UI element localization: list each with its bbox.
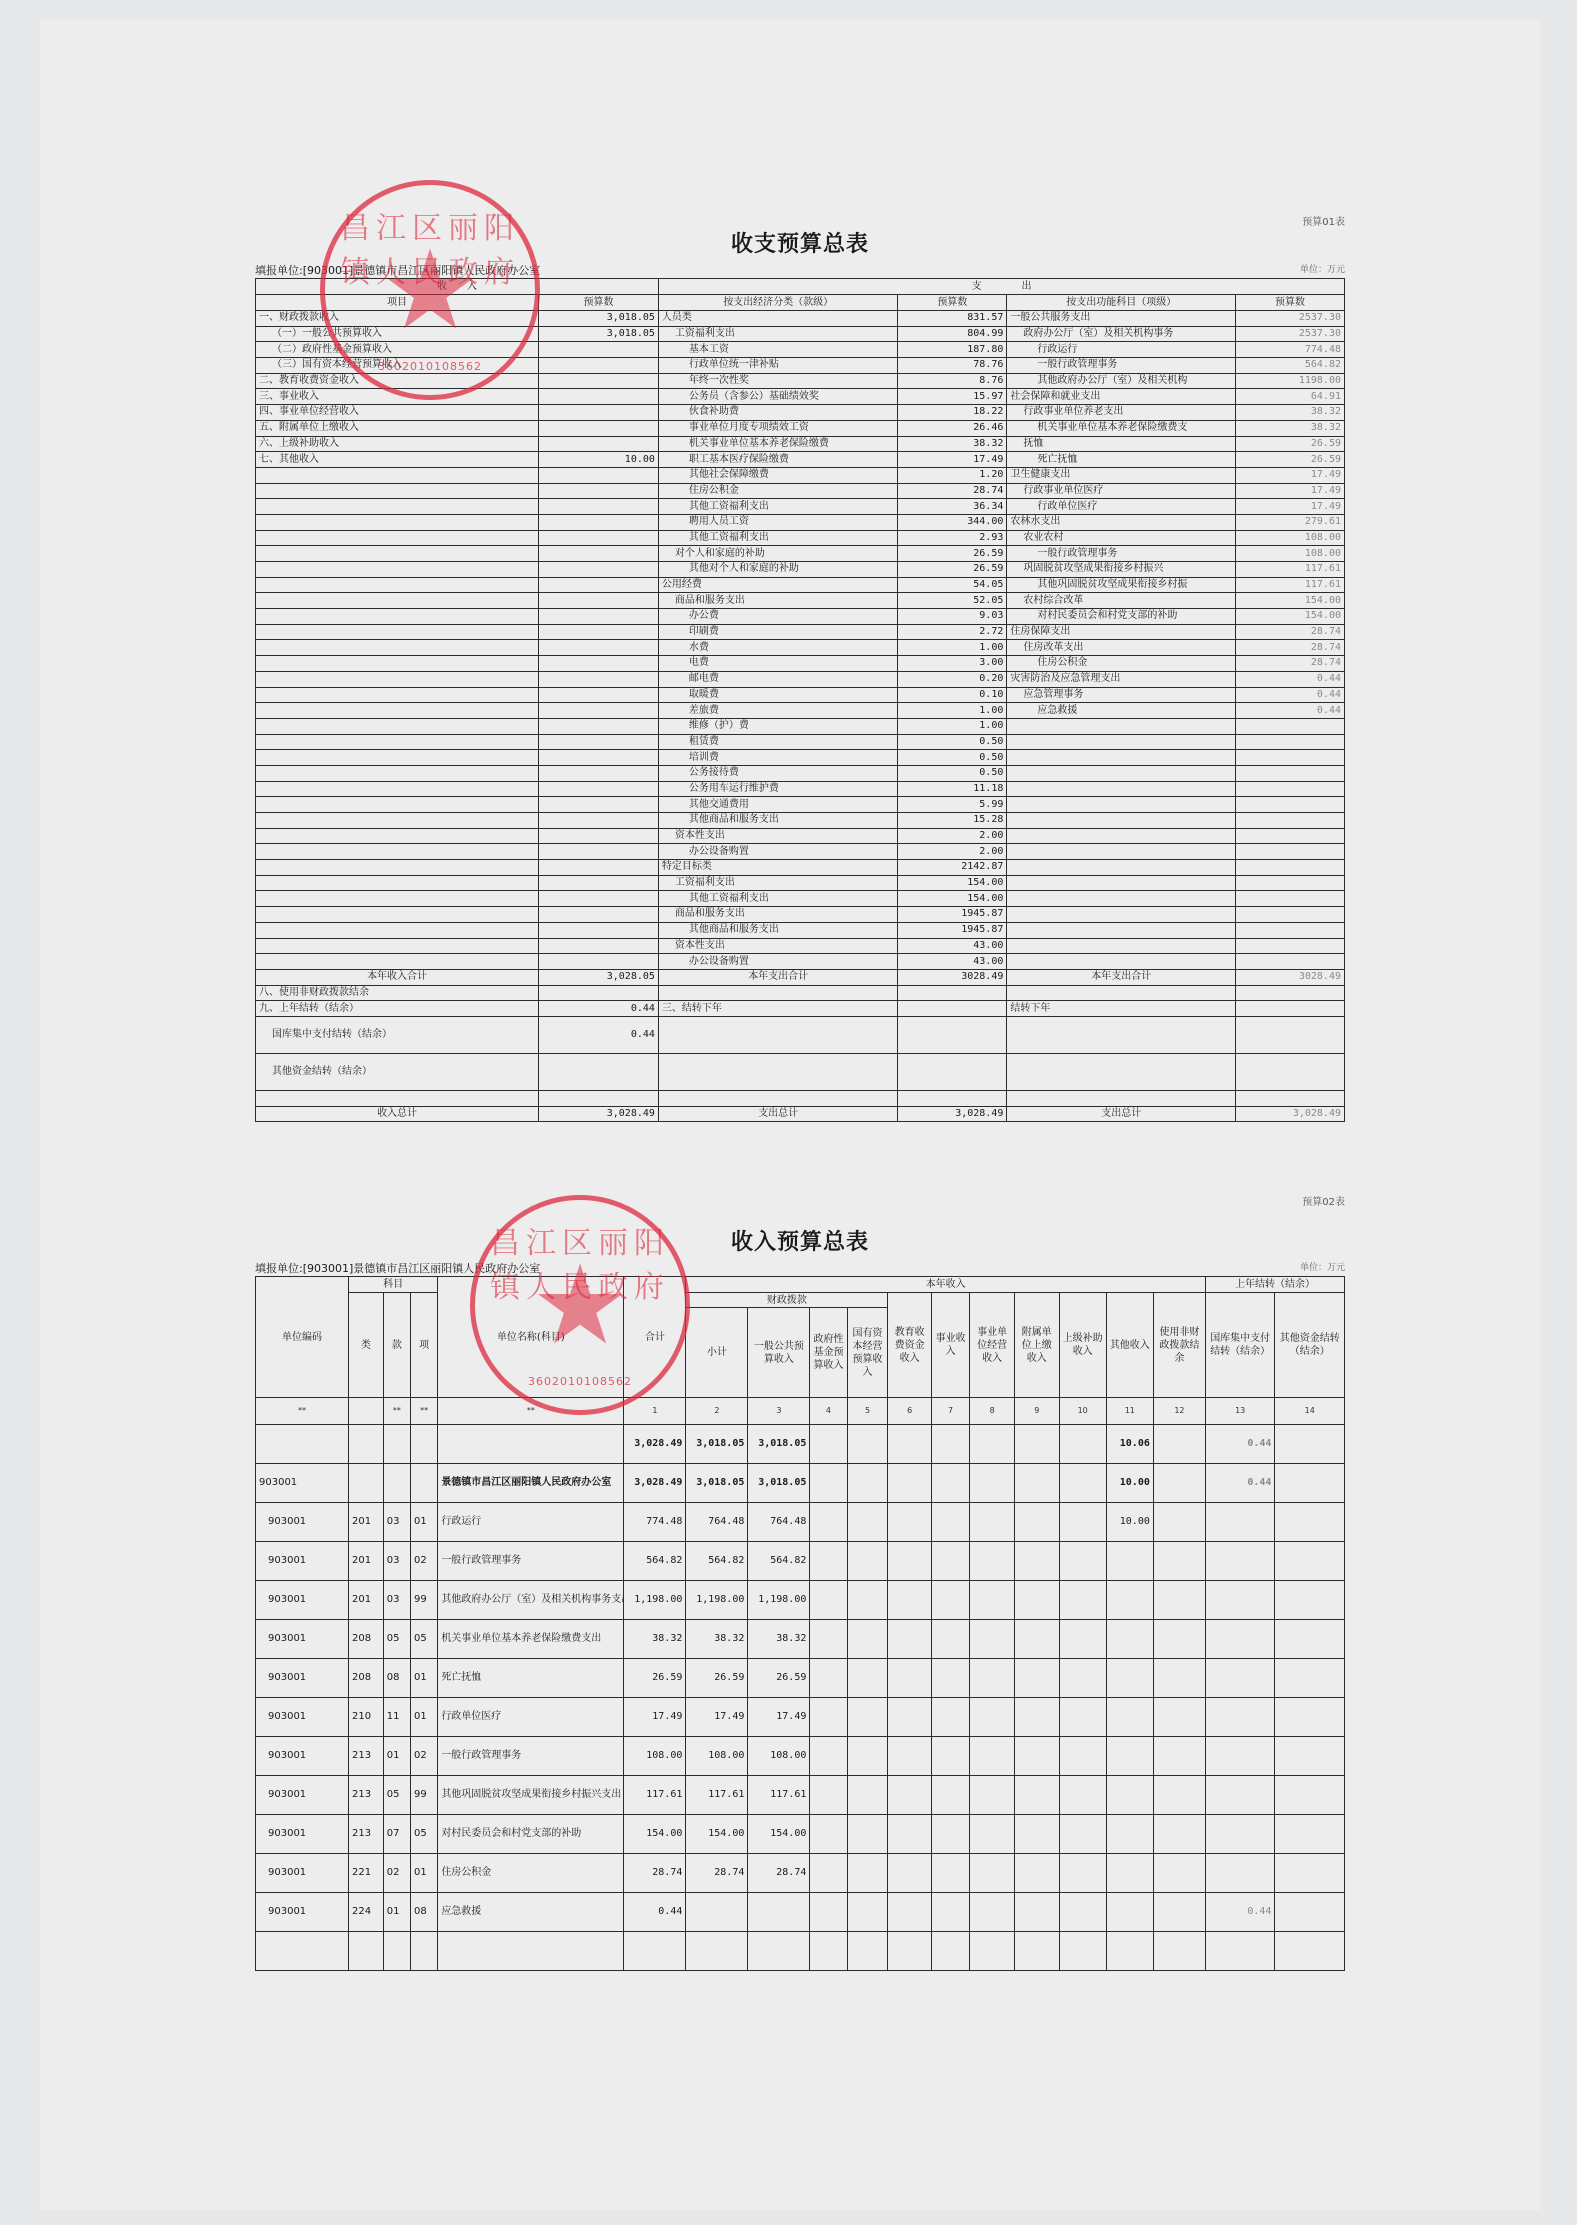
table-row: 3,028.493,018.053,018.0510.060.44 — [256, 1425, 1345, 1464]
income-item — [256, 640, 539, 656]
income-item: 二、教育收费资金收入 — [256, 373, 539, 389]
income-item: （一）一般公共预算收入 — [256, 326, 539, 342]
func-value: 0.44 — [1236, 671, 1345, 687]
income-item — [256, 797, 539, 813]
general-cell: 1,198.00 — [748, 1581, 810, 1620]
reporting-unit: 填报单位:[903001]景德镇市昌江区丽阳镇人民政府办公室 — [255, 262, 540, 278]
other-funds-label: 其他资金结转（结余） — [256, 1053, 539, 1090]
income-value — [539, 734, 659, 750]
income-value — [539, 562, 659, 578]
kuan-cell: 05 — [383, 1620, 410, 1659]
func-value — [1236, 860, 1345, 876]
income-value — [539, 483, 659, 499]
total-cell: 108.00 — [624, 1737, 686, 1776]
table-row: 其他商品和服务支出15.28 — [256, 813, 1345, 829]
total-cell: 0.44 — [624, 1893, 686, 1932]
econ-item: 工资福利支出 — [658, 326, 898, 342]
table-row: （二）政府性基金预算收入基本工资187.80行政运行774.48 — [256, 342, 1345, 358]
func-value — [1236, 828, 1345, 844]
kuan-cell — [383, 1464, 410, 1503]
econ-item: 人员类 — [658, 311, 898, 327]
income-value — [539, 750, 659, 766]
income-value — [539, 860, 659, 876]
table-row: 其他交通费用5.99 — [256, 797, 1345, 813]
other-cell — [1106, 1737, 1153, 1776]
code-cell — [256, 1425, 349, 1464]
name-cell — [438, 1932, 624, 1971]
income-item: 三、事业收入 — [256, 389, 539, 405]
func-item: 政府办公厅（室）及相关机构事务 — [1007, 326, 1236, 342]
income-value — [539, 875, 659, 891]
income-item — [256, 860, 539, 876]
income-value — [539, 781, 659, 797]
lei-cell — [349, 1932, 384, 1971]
func-value: 28.74 — [1236, 640, 1345, 656]
income-item: （三）国有资本经营预算收入 — [256, 358, 539, 374]
income-value — [539, 420, 659, 436]
table-row: 其他社会保障缴费1.20卫生健康支出17.49 — [256, 467, 1345, 483]
econ-item: 其他对个人和家庭的补助 — [658, 562, 898, 578]
income-value — [539, 436, 659, 452]
func-item: 巩固脱贫攻坚成果衔接乡村振兴 — [1007, 562, 1236, 578]
econ-item: 特定目标类 — [658, 860, 898, 876]
econ-item: 其他商品和服务支出 — [658, 813, 898, 829]
table-row: 七、其他收入10.00职工基本医疗保险缴费17.49死亡抚恤26.59 — [256, 452, 1345, 468]
table-row: 9030012210201住房公积金28.7428.7428.74 — [256, 1854, 1345, 1893]
table-row: 六、上级补助收入机关事业单位基本养老保险缴费38.32抚恤26.59 — [256, 436, 1345, 452]
table-row: 903001景德镇市昌江区丽阳镇人民政府办公室3,028.493,018.053… — [256, 1464, 1345, 1503]
code-cell — [256, 1932, 349, 1971]
func-item: 一般行政管理事务 — [1007, 358, 1236, 374]
lei-header: 类 — [349, 1292, 384, 1398]
table-row: 水费1.00住房改革支出28.74 — [256, 640, 1345, 656]
general-cell: 17.49 — [748, 1698, 810, 1737]
subtotal-header: 小计 — [686, 1308, 748, 1398]
func-item: 行政运行 — [1007, 342, 1236, 358]
kuan-cell — [383, 1425, 410, 1464]
kuan-cell: 03 — [383, 1542, 410, 1581]
func-item: 行政事业单位医疗 — [1007, 483, 1236, 499]
econ-value: 2.00 — [898, 844, 1007, 860]
income-value — [539, 765, 659, 781]
other-cell: 10.00 — [1106, 1464, 1153, 1503]
name-cell: 机关事业单位基本养老保险缴费支出 — [438, 1620, 624, 1659]
income-item — [256, 891, 539, 907]
income-item — [256, 624, 539, 640]
func-item — [1007, 844, 1236, 860]
econ-value: 0.10 — [898, 687, 1007, 703]
table-row: 其他工资福利支出154.00 — [256, 891, 1345, 907]
subtotal-cell: 117.61 — [686, 1776, 748, 1815]
func-item: 应急救援 — [1007, 703, 1236, 719]
income-value — [539, 671, 659, 687]
income-item — [256, 593, 539, 609]
table-row: 取暖费0.10应急管理事务0.44 — [256, 687, 1345, 703]
total-cell: 3,028.49 — [624, 1425, 686, 1464]
lei-cell: 208 — [349, 1620, 384, 1659]
func-value — [1236, 718, 1345, 734]
xiang-cell: 01 — [411, 1659, 438, 1698]
total-cell: 3,028.49 — [624, 1464, 686, 1503]
name-cell — [438, 1425, 624, 1464]
name-cell: 一般行政管理事务 — [438, 1542, 624, 1581]
fiscal-header: 财政拨款 — [686, 1292, 888, 1308]
xiang-cell: 01 — [411, 1698, 438, 1737]
table-row: 租赁费0.50 — [256, 734, 1345, 750]
econ-value: 26.59 — [898, 546, 1007, 562]
income-item — [256, 875, 539, 891]
table-row: （三）国有资本经营预算收入行政单位统一津补贴78.76一般行政管理事务564.8… — [256, 358, 1345, 374]
treasury-cell: 0.44 — [1205, 1464, 1274, 1503]
income-value — [539, 530, 659, 546]
carry-value: 0.44 — [539, 1001, 659, 1017]
func-value: 1198.00 — [1236, 373, 1345, 389]
income-item — [256, 483, 539, 499]
econ-value: 26.59 — [898, 562, 1007, 578]
func-item: 死亡抚恤 — [1007, 452, 1236, 468]
kuan-cell: 05 — [383, 1776, 410, 1815]
subtotal-cell: 17.49 — [686, 1698, 748, 1737]
table-row: 9030012130102一般行政管理事务108.00108.00108.00 — [256, 1737, 1345, 1776]
gov-fund-header: 政府性基金预算收入 — [810, 1308, 847, 1398]
lei-cell: 201 — [349, 1503, 384, 1542]
income-item — [256, 530, 539, 546]
income-item — [256, 562, 539, 578]
econ-item: 机关事业单位基本养老保险缴费 — [658, 436, 898, 452]
table-row: 聘用人员工资344.00农林水支出279.61 — [256, 514, 1345, 530]
code-cell: 903001 — [256, 1698, 349, 1737]
treasury-cell — [1205, 1698, 1274, 1737]
subtotal-cell: 1,198.00 — [686, 1581, 748, 1620]
year-expense-label: 本年支出合计 — [658, 969, 898, 985]
income-item — [256, 938, 539, 954]
econ-value: 0.50 — [898, 734, 1007, 750]
econ-value: 2142.87 — [898, 860, 1007, 876]
table-row: 其他商品和服务支出1945.87 — [256, 922, 1345, 938]
econ-value: 187.80 — [898, 342, 1007, 358]
income-item — [256, 734, 539, 750]
table-row: 商品和服务支出1945.87 — [256, 907, 1345, 923]
other-funds-header: 其他资金结转（结余） — [1275, 1292, 1345, 1398]
func-item — [1007, 797, 1236, 813]
func-value: 154.00 — [1236, 593, 1345, 609]
business-header: 事业收入 — [931, 1292, 969, 1398]
lei-cell: 201 — [349, 1542, 384, 1581]
lei-cell: 213 — [349, 1815, 384, 1854]
general-cell: 117.61 — [748, 1776, 810, 1815]
income-item — [256, 467, 539, 483]
income-value — [539, 718, 659, 734]
superior-header: 上级补助收入 — [1059, 1292, 1106, 1398]
econ-item: 水费 — [658, 640, 898, 656]
income-item — [256, 718, 539, 734]
general-cell: 3,018.05 — [748, 1425, 810, 1464]
func-item: 行政单位医疗 — [1007, 499, 1236, 515]
econ-value: 804.99 — [898, 326, 1007, 342]
other-cell — [1106, 1542, 1153, 1581]
treasury-cell: 0.44 — [1205, 1893, 1274, 1932]
subtotal-cell: 154.00 — [686, 1815, 748, 1854]
general-cell — [748, 1932, 810, 1971]
subtotal-cell — [686, 1893, 748, 1932]
other-cell — [1106, 1893, 1153, 1932]
econ-value: 154.00 — [898, 875, 1007, 891]
func-item: 抚恤 — [1007, 436, 1236, 452]
income-value — [539, 828, 659, 844]
code-header: 单位编码 — [256, 1277, 349, 1398]
func-value — [1236, 922, 1345, 938]
lei-cell — [349, 1464, 384, 1503]
income-item: （二）政府性基金预算收入 — [256, 342, 539, 358]
income-item — [256, 499, 539, 515]
econ-item: 电费 — [658, 656, 898, 672]
subtotal-cell: 38.32 — [686, 1620, 748, 1659]
func-item: 农业农村 — [1007, 530, 1236, 546]
econ-value: 54.05 — [898, 577, 1007, 593]
func-value: 2537.30 — [1236, 326, 1345, 342]
kuan-cell: 01 — [383, 1737, 410, 1776]
econ-value: 11.18 — [898, 781, 1007, 797]
table-row: 电费3.00住房公积金28.74 — [256, 656, 1345, 672]
econ-value: 1.00 — [898, 703, 1007, 719]
xiang-cell: 01 — [411, 1854, 438, 1893]
econ-item: 资本性支出 — [658, 938, 898, 954]
table-row — [256, 1932, 1345, 1971]
income-item: 七、其他收入 — [256, 452, 539, 468]
func-value — [1236, 907, 1345, 923]
func-value: 117.61 — [1236, 562, 1345, 578]
table-row: 二、教育收费资金收入年终一次性奖8.76其他政府办公厅（室）及相关机构1198.… — [256, 373, 1345, 389]
econ-value: 43.00 — [898, 954, 1007, 970]
table-row: 住房公积金28.74行政事业单位医疗17.49 — [256, 483, 1345, 499]
income-value — [539, 907, 659, 923]
econ-item: 公用经费 — [658, 577, 898, 593]
subject-header: 科目 — [349, 1277, 438, 1293]
table-row: 三、事业收入公务员（含参公）基础绩效奖15.97社会保障和就业支出64.91 — [256, 389, 1345, 405]
func-item — [1007, 828, 1236, 844]
column-index-row: ********1234567891011121314 — [256, 1398, 1345, 1425]
func-value — [1236, 844, 1345, 860]
econ-item: 基本工资 — [658, 342, 898, 358]
year-expense-func-label: 本年支出合计 — [1007, 969, 1236, 985]
income-value — [539, 938, 659, 954]
func-item: 农村综合改革 — [1007, 593, 1236, 609]
func-item: 住房改革支出 — [1007, 640, 1236, 656]
econ-value: 2.72 — [898, 624, 1007, 640]
budget-summary-sheet: 预算01表 收支预算总表 填报单位:[903001]景德镇市昌江区丽阳镇人民政府… — [255, 205, 1345, 1122]
general-cell: 564.82 — [748, 1542, 810, 1581]
biz-oper-header: 事业单位经营收入 — [970, 1292, 1015, 1398]
econ-value: 0.20 — [898, 671, 1007, 687]
econ-item: 其他工资福利支出 — [658, 530, 898, 546]
income-value — [539, 687, 659, 703]
item-header: 项目 — [256, 295, 539, 311]
income-item — [256, 750, 539, 766]
func-item — [1007, 875, 1236, 891]
income-value — [539, 624, 659, 640]
income-value: 3,018.05 — [539, 326, 659, 342]
table-row: 9030012080505机关事业单位基本养老保险缴费支出38.3238.323… — [256, 1620, 1345, 1659]
table-row: 四、事业单位经营收入伙食补助费18.22行政事业单位养老支出38.32 — [256, 405, 1345, 421]
affiliate-header: 附属单位上缴收入 — [1014, 1292, 1059, 1398]
total-cell: 17.49 — [624, 1698, 686, 1737]
treasury-cell — [1205, 1620, 1274, 1659]
econ-value: 0.50 — [898, 750, 1007, 766]
income-value — [539, 514, 659, 530]
xiang-header: 项 — [411, 1292, 438, 1398]
func-value — [1236, 954, 1345, 970]
general-cell: 38.32 — [748, 1620, 810, 1659]
nonfiscal-label: 八、使用非财政拨款结余 — [256, 985, 539, 1001]
table-row: 差旅费1.00应急救援0.44 — [256, 703, 1345, 719]
income-item — [256, 609, 539, 625]
econ-value: 1.00 — [898, 640, 1007, 656]
other-header: 其他收入 — [1106, 1292, 1153, 1398]
func-value: 117.61 — [1236, 577, 1345, 593]
func-value: 17.49 — [1236, 483, 1345, 499]
name-cell: 应急救援 — [438, 1893, 624, 1932]
func-item: 灾害防治及应急管理支出 — [1007, 671, 1236, 687]
econ-item: 事业单位月度专项绩效工资 — [658, 420, 898, 436]
other-cell: 10.00 — [1106, 1503, 1153, 1542]
econ-item: 维修（护）费 — [658, 718, 898, 734]
carry-next-label: 三、结转下年 — [658, 1001, 898, 1017]
func-value: 28.74 — [1236, 656, 1345, 672]
total-cell: 1,198.00 — [624, 1581, 686, 1620]
income-value — [539, 844, 659, 860]
sheet-title: 收支预算总表 — [255, 227, 1345, 258]
expense-header: 支 出 — [658, 279, 1344, 295]
lei-cell: 224 — [349, 1893, 384, 1932]
name-cell: 住房公积金 — [438, 1854, 624, 1893]
econ-value: 0.50 — [898, 765, 1007, 781]
income-value — [539, 922, 659, 938]
income-value — [539, 593, 659, 609]
other-cell — [1106, 1932, 1153, 1971]
general-cell: 26.59 — [748, 1659, 810, 1698]
table-row: 特定目标类2142.87 — [256, 860, 1345, 876]
income-item — [256, 514, 539, 530]
income-value — [539, 467, 659, 483]
table-row: 邮电费0.20灾害防治及应急管理支出0.44 — [256, 671, 1345, 687]
func-value — [1236, 765, 1345, 781]
treasury-label: 国库集中支付结转（结余） — [256, 1016, 539, 1053]
func-item: 卫生健康支出 — [1007, 467, 1236, 483]
func-item — [1007, 750, 1236, 766]
name-cell: 死亡抚恤 — [438, 1659, 624, 1698]
income-item — [256, 828, 539, 844]
table-row: 办公费9.03对村民委员会和村党支部的补助154.00 — [256, 609, 1345, 625]
other-cell — [1106, 1659, 1153, 1698]
income-item — [256, 844, 539, 860]
func-item: 机关事业单位基本养老保险缴费支 — [1007, 420, 1236, 436]
lei-cell: 213 — [349, 1737, 384, 1776]
econ-value: 26.46 — [898, 420, 1007, 436]
table-row: 9030012010301行政运行774.48764.48764.4810.00 — [256, 1503, 1345, 1542]
func-item: 行政事业单位养老支出 — [1007, 405, 1236, 421]
func-value: 38.32 — [1236, 405, 1345, 421]
budget-header: 预算数 — [539, 295, 659, 311]
xiang-cell — [411, 1932, 438, 1971]
kuan-cell: 03 — [383, 1581, 410, 1620]
kuan-cell — [383, 1932, 410, 1971]
func-item: 一般行政管理事务 — [1007, 546, 1236, 562]
xiang-cell: 01 — [411, 1503, 438, 1542]
name-cell: 行政运行 — [438, 1503, 624, 1542]
func-item: 住房公积金 — [1007, 656, 1236, 672]
code-cell: 903001 — [256, 1776, 349, 1815]
econ-value: 18.22 — [898, 405, 1007, 421]
name-cell: 其他政府办公厅（室）及相关机构事务支出 — [438, 1581, 624, 1620]
func-item: 农林水支出 — [1007, 514, 1236, 530]
table-row: 其他工资福利支出36.34行政单位医疗17.49 — [256, 499, 1345, 515]
econ-value: 3.00 — [898, 656, 1007, 672]
total-cell: 26.59 — [624, 1659, 686, 1698]
func-budget-header: 预算数 — [1236, 295, 1345, 311]
econ-item: 其他交通费用 — [658, 797, 898, 813]
func-value: 564.82 — [1236, 358, 1345, 374]
func-value: 17.49 — [1236, 499, 1345, 515]
func-item — [1007, 922, 1236, 938]
sheet-title: 收入预算总表 — [255, 1225, 1345, 1256]
general-cell: 28.74 — [748, 1854, 810, 1893]
income-item: 六、上级补助收入 — [256, 436, 539, 452]
treasury-cell — [1205, 1737, 1274, 1776]
code-cell: 903001 — [256, 1737, 349, 1776]
reporting-unit: 填报单位:[903001]景德镇市昌江区丽阳镇人民政府办公室 — [255, 1260, 540, 1276]
func-item — [1007, 891, 1236, 907]
econ-item: 办公设备购置 — [658, 954, 898, 970]
econ-value: 52.05 — [898, 593, 1007, 609]
subtotal-cell: 564.82 — [686, 1542, 748, 1581]
subtotal-cell: 764.48 — [686, 1503, 748, 1542]
table-row: 资本性支出43.00 — [256, 938, 1345, 954]
income-value — [539, 499, 659, 515]
lei-cell — [349, 1425, 384, 1464]
year-income-header: 本年收入 — [686, 1277, 1206, 1293]
econ-value: 17.49 — [898, 452, 1007, 468]
treasury-value: 0.44 — [539, 1016, 659, 1053]
econ-header: 按支出经济分类（款级） — [658, 295, 898, 311]
kuan-cell: 02 — [383, 1854, 410, 1893]
other-cell: 10.06 — [1106, 1425, 1153, 1464]
income-value — [539, 342, 659, 358]
state-capital-header: 国有资本经营预算收入 — [847, 1308, 888, 1398]
econ-item: 行政单位统一津补贴 — [658, 358, 898, 374]
code-cell: 903001 — [256, 1581, 349, 1620]
func-value: 0.44 — [1236, 687, 1345, 703]
func-value — [1236, 813, 1345, 829]
func-item — [1007, 938, 1236, 954]
table-row: 9030012080801死亡抚恤26.5926.5926.59 — [256, 1659, 1345, 1698]
income-header: 收 入 — [256, 279, 659, 295]
sheet-tag: 预算01表 — [1302, 213, 1345, 228]
econ-item: 公务用车运行维护费 — [658, 781, 898, 797]
func-value: 17.49 — [1236, 467, 1345, 483]
income-value — [539, 891, 659, 907]
income-total-label: 收入总计 — [256, 1106, 539, 1122]
income-value — [539, 797, 659, 813]
other-cell — [1106, 1854, 1153, 1893]
income-value — [539, 405, 659, 421]
code-cell: 903001 — [256, 1659, 349, 1698]
income-item — [256, 781, 539, 797]
lei-cell: 208 — [349, 1659, 384, 1698]
lei-cell: 213 — [349, 1776, 384, 1815]
table-row: 对个人和家庭的补助26.59一般行政管理事务108.00 — [256, 546, 1345, 562]
income-item — [256, 577, 539, 593]
econ-value: 9.03 — [898, 609, 1007, 625]
